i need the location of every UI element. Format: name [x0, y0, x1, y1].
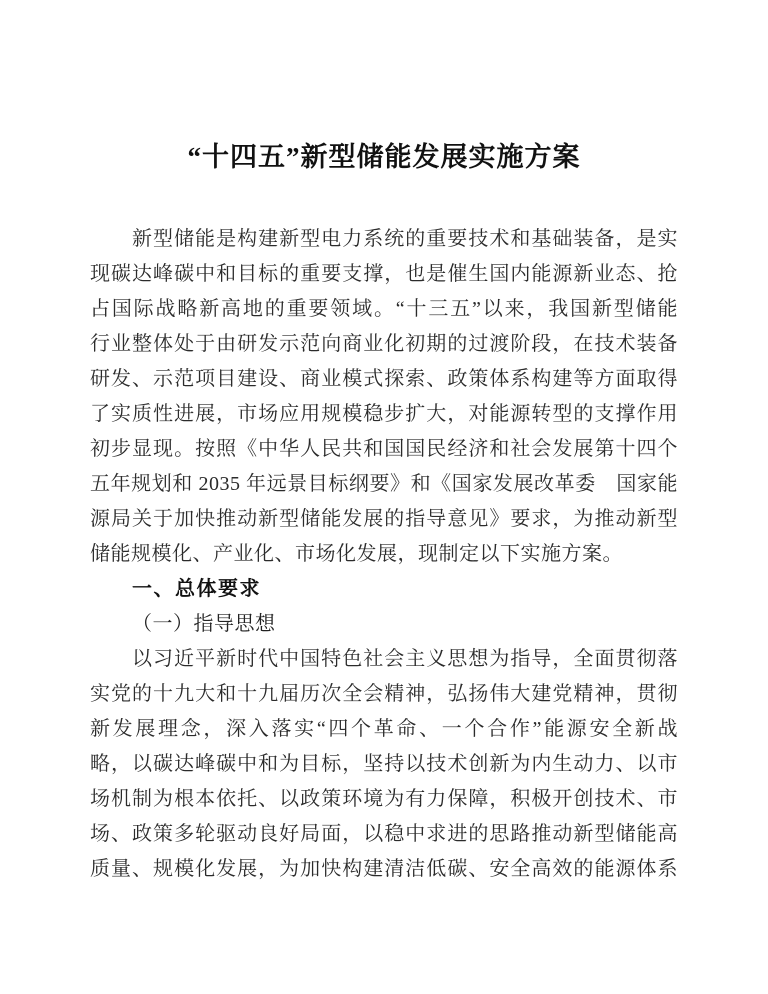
text-line: 行业整体处于由研发示范向商业化初期的过渡阶段，在技术装备 — [90, 327, 678, 362]
text-line: 占国际战略新高地的重要领域。“十三五”以来，我国新型储能 — [90, 292, 678, 327]
text-line: 略，以碳达峰碳中和为目标，坚持以技术创新为内生动力、以市 — [90, 747, 678, 782]
text-line: 研发、示范项目建设、商业模式探索、政策体系构建等方面取得 — [90, 362, 678, 397]
text-line: 场、政策多轮驱动良好局面，以稳中求进的思路推动新型储能高 — [90, 817, 678, 852]
text-line: 现碳达峰碳中和目标的重要支撑，也是催生国内能源新业态、抢 — [90, 257, 678, 292]
text-line: （一）指导思想 — [90, 607, 678, 642]
document-page: “十四五”新型储能发展实施方案 新型储能是构建新型电力系统的重要技术和基础装备，… — [0, 0, 768, 994]
section-heading: 一、总体要求 — [90, 572, 678, 607]
text-line: 五年规划和 2035 年远景目标纲要》和《国家发展改革委 国家能 — [90, 467, 678, 502]
text-line: 源局关于加快推动新型储能发展的指导意见》要求，为推动新型 — [90, 502, 678, 537]
paragraph: 新型储能是构建新型电力系统的重要技术和基础装备，是实现碳达峰碳中和目标的重要支撑… — [90, 222, 678, 572]
text-line: 一、总体要求 — [90, 572, 678, 607]
subsection-heading: （一）指导思想 — [90, 607, 678, 642]
paragraph: 以习近平新时代中国特色社会主义思想为指导，全面贯彻落实党的十九大和十九届历次全会… — [90, 642, 678, 887]
document-body: 新型储能是构建新型电力系统的重要技术和基础装备，是实现碳达峰碳中和目标的重要支撑… — [90, 222, 678, 887]
text-line: 实党的十九大和十九届历次全会精神，弘扬伟大建党精神，贯彻 — [90, 677, 678, 712]
text-line: 了实质性进展，市场应用规模稳步扩大，对能源转型的支撑作用 — [90, 397, 678, 432]
document-title: “十四五”新型储能发展实施方案 — [0, 0, 768, 174]
text-line: 新发展理念，深入落实“四个革命、一个合作”能源安全新战 — [90, 712, 678, 747]
text-line: 质量、规模化发展，为加快构建清洁低碳、安全高效的能源体系 — [90, 852, 678, 887]
text-line: 场机制为根本依托、以政策环境为有力保障，积极开创技术、市 — [90, 782, 678, 817]
text-line: 新型储能是构建新型电力系统的重要技术和基础装备，是实 — [90, 222, 678, 257]
text-line: 储能规模化、产业化、市场化发展，现制定以下实施方案。 — [90, 537, 678, 572]
text-line: 以习近平新时代中国特色社会主义思想为指导，全面贯彻落 — [90, 642, 678, 677]
text-line: 初步显现。按照《中华人民共和国国民经济和社会发展第十四个 — [90, 432, 678, 467]
